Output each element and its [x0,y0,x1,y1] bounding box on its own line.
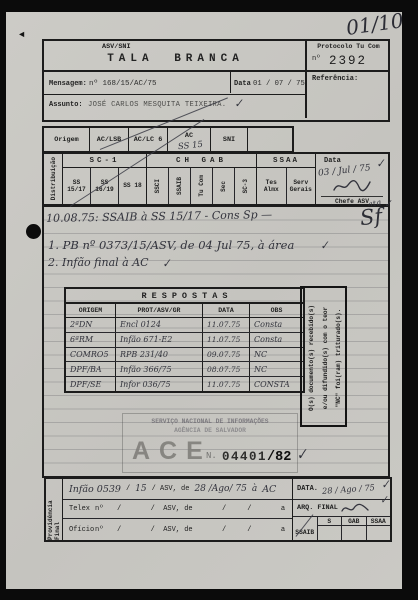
final-side-label-cell: Providência Final [46,479,63,540]
protocol-box: Protocolo Tu Com nº 2392 [305,41,388,70]
ace-number-year: /82 [267,450,291,465]
ace-stamp-agency-line1: SERVIÇO NACIONAL DE INFORMAÇÕES [122,418,298,425]
final-row-infao: Infão 0539 / 15 / ASV, de 28 /Ago/ 75 à … [63,479,292,500]
reference-label: Referência: [312,75,358,83]
message-date-label: Data [234,80,251,88]
ace-stamp-sigla: ACE [132,437,212,466]
distribution-side-label: Distribuição [50,157,57,200]
dist-cell-tucom: Tu Com [191,168,213,204]
table-row: 2ªDN Encl 0124 11.07.75 Consta [66,318,303,333]
subject-row: Assunto: JOSÉ CARLOS MESQUITA TEIXEIRA. [44,95,305,118]
responses-title: RESPOSTAS [66,289,303,304]
table-row: DPF/BA Infão 366/75 08.07.75 NC [66,362,303,377]
message-box: Referência: Mensagem: nº 168/15/AC/75 Da… [42,72,390,122]
message-number: nº 168/15/AC/75 [89,80,157,88]
margin-arrow-icon: ◄ [19,30,24,40]
dist-cell-ss18: SS 18 [119,168,146,204]
grid-cell-ssaa: SSAA [366,517,391,540]
responses-table: RESPOSTAS ORIGEM PROT/ASV/GR DATA OBS 2ª… [64,287,305,393]
final-data-row: DATA. 28 / Ago / 75 [293,479,390,500]
dist-cell-ss1517: SS 15/17 [63,168,91,204]
protocol-label: Protocolo Tu Com [307,43,390,50]
final-main-area: Infão 0539 / 15 / ASV, de 28 /Ago/ 75 à … [63,479,293,540]
note-line-2-checkmark: ✓ [319,238,330,252]
nc-shredded-stamp: O(s) documento(s) recebido(s) e/ou difun… [300,286,347,427]
dist-cell-sc3: SC-3 [235,168,256,204]
reference-box: Referência: [305,72,388,118]
punch-hole [26,224,41,239]
origin-cell-aclc6: AC/LC 6 [129,128,168,151]
distribution-date-checkmark: ✓ [375,156,386,170]
message-date-cell: Data 01 / 07 / 75 [230,72,305,93]
group-ssaa-label: SSAA [257,154,315,168]
nc-stamp-text: O(s) documento(s) recebido(s) e/ou difun… [305,290,345,426]
arq-final-signature [340,502,370,515]
grid-cell-gab: GAB [341,517,366,540]
protocol-number: 2392 [329,54,367,68]
table-row: DPF/SE Infor 036/75 11.07.75 CONSTA [66,377,303,391]
scanned-document: 01/10 ◄ ASV/SNI TALA BRANCA Protocolo Tu… [0,0,418,600]
form-title: TALA BRANCA [44,53,307,65]
header-box: ASV/SNI TALA BRANCA Protocolo Tu Com nº … [42,39,390,72]
message-date-value: 01 / 07 / 75 [253,80,305,88]
dist-cell-tesalmx: Tes Almx [257,168,287,204]
note-line-2: 1. PB nº 0373/15/ASV, de 04 Jul 75, à ár… [48,238,294,252]
ace-number-main: 04401 [222,450,267,464]
protocol-no-label: nº [312,55,320,63]
group-chgab-label: CH GAB [147,154,256,168]
table-row: 6ªRM Infão 671-E2 11.07.75 Consta [66,333,303,348]
final-row-telex: Telex nº / / ASV, de / / a [63,500,292,519]
final-data-checkmark: ✓ [380,477,391,491]
origin-ac-handwritten-note: SS 15 [178,140,204,153]
dist-cell-ssaib: SSAIB [169,168,191,204]
chefe-asv-signature [332,178,372,194]
responses-col-data: DATA [203,304,250,317]
final-arq-row: ARQ. FINAL [293,500,390,517]
distribution-side-label-cell: Distribuição [44,154,63,204]
responses-col-obs: OBS [250,304,303,317]
distribution-table: Distribuição SC-1 SS 15/17 SS 16/19 SS 1… [42,152,390,206]
responses-header-row: ORIGEM PROT/ASV/GR DATA OBS [66,304,303,318]
subject-label: Assunto: [49,101,83,109]
group-chgab: CH GAB SSCI SSAIB Tu Com Sec SC-3 [147,154,257,204]
final-arq-checkmark: ✓ [379,494,389,506]
responses-col-origem: ORIGEM [66,304,116,317]
dist-cell-ss1619: SS 16/19 [91,168,119,204]
final-disposition-block: Providência Final Infão 0539 / 15 / ASV,… [44,477,392,542]
note-line-3-checkmark: ✓ [161,256,172,270]
final-right-area: DATA. 28 / Ago / 75 ARQ. FINAL SSAIB S G… [293,479,390,540]
distribution-date-label: Data [324,157,341,165]
group-ssaa: SSAA Tes Almx Serv Gerais [257,154,316,204]
org-label: ASV/SNI [102,43,131,51]
final-row-oficio: Ofício nº / / ASV, de / / a [63,519,292,540]
responses-col-prot: PROT/ASV/GR [116,304,203,317]
note-line-3: 2. Infão final à AC [48,256,149,269]
ace-number: 04401/82 [222,447,291,465]
ace-stamp-n-label: N. [206,451,217,461]
signature-line [321,196,383,197]
message-label: Mensagem: [49,80,87,88]
distribution-date-handwritten: 03 / Jul / 75 [318,163,371,178]
group-sc1: SC-1 SS 15/17 SS 16/19 SS 18 [63,154,147,204]
origin-cell-empty [248,128,292,151]
group-sc1-label: SC-1 [63,154,146,168]
final-side-label: Providência Final [47,479,61,540]
origin-cell-ac: AC SS 15 [168,128,211,151]
origin-label: Origem [44,128,90,151]
dist-cell-ssci: SSCI [147,168,169,204]
dist-cell-sec: Sec [213,168,235,204]
grid-cell-s: S [317,517,342,540]
table-row: COMRO5 RPB 231/40 09.07.75 NC [66,348,303,363]
subject-checkmark: ✓ [233,96,244,110]
origin-cell-sni: SNI [211,128,248,151]
origin-row: Origem AC/LSB AC/LC 6 AC SS 15 SNI [42,126,294,153]
message-row: Mensagem: nº 168/15/AC/75 Data 01 / 07 /… [44,72,305,95]
ace-stamp-agency-line2: AGÊNCIA DE SALVADOR [122,427,298,434]
dist-cell-servgerais: Serv Gerais [287,168,316,204]
